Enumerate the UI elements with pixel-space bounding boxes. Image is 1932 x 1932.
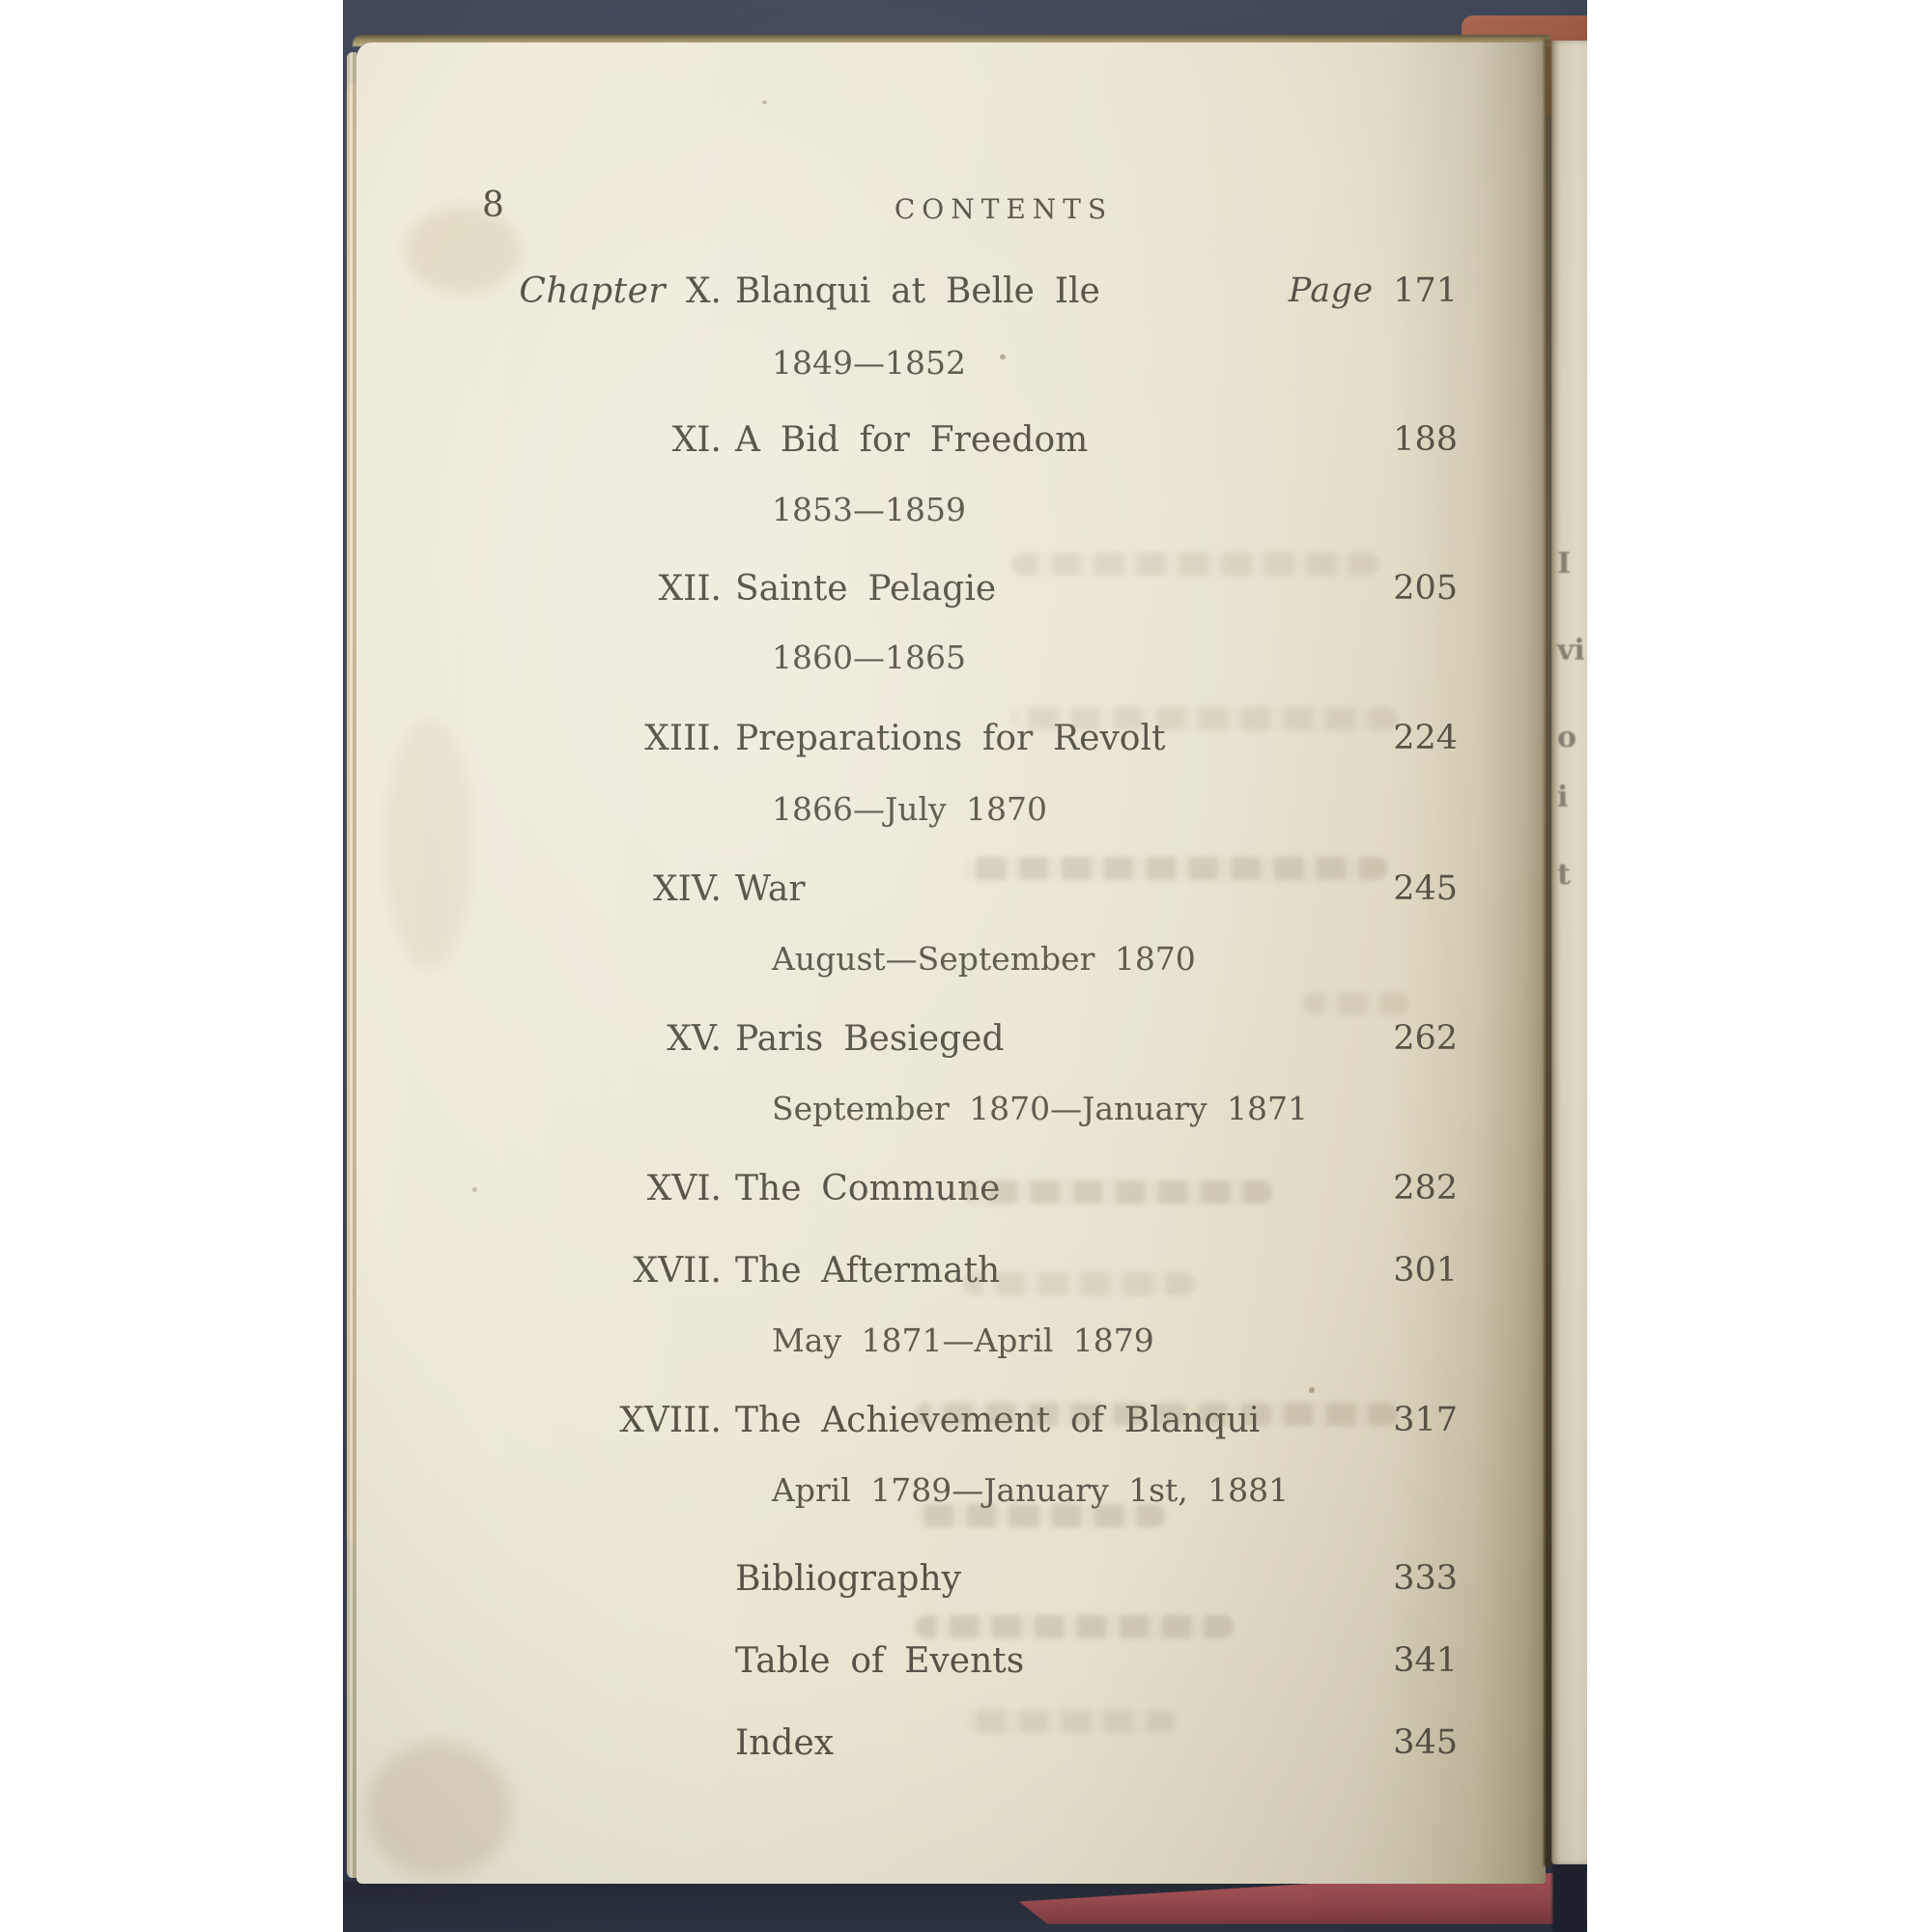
toc-row: XI. A Bid for Freedom 188 xyxy=(356,421,1546,464)
page-number-text: 171 xyxy=(1393,271,1458,310)
backmatter-title: Table of Events xyxy=(735,1642,1024,1681)
chapter-numeral: XVIII. xyxy=(356,1402,722,1440)
chapter-numeral: XV. xyxy=(356,1020,722,1059)
chapter-dates: May 1871—April 1879 xyxy=(772,1321,1154,1359)
showthrough-smudge xyxy=(1011,553,1378,576)
chapter-page-number: 282 xyxy=(1284,1170,1458,1207)
showthrough-smudge xyxy=(915,1403,1398,1426)
showthrough-smudge xyxy=(963,857,1388,880)
page-stain xyxy=(366,1743,511,1878)
chapter-title: Blanqui at Belle Ile xyxy=(735,272,1100,311)
chapter-numeral: XVI. xyxy=(356,1170,722,1208)
facing-page-text-fragment: vi xyxy=(1557,634,1585,668)
shadow-bottom-right xyxy=(1552,1857,1587,1932)
toc-row: XV. Paris Besieged 262 xyxy=(356,1020,1546,1063)
facing-page-text-fragment: o xyxy=(1557,721,1577,754)
toc-row: XII. Sainte Pelagie 205 xyxy=(356,570,1546,612)
backmatter-title: Bibliography xyxy=(735,1560,961,1599)
showthrough-smudge xyxy=(1303,992,1409,1015)
backmatter-row: Bibliography 333 xyxy=(356,1560,1546,1603)
chapter-numeral: Chapter X. xyxy=(356,272,722,311)
foxing-spot xyxy=(1309,1387,1315,1393)
facing-page-text-fragment: i xyxy=(1557,781,1568,814)
showthrough-smudge xyxy=(963,1710,1176,1733)
foxing-spot xyxy=(762,100,767,104)
backmatter-page-number: 333 xyxy=(1284,1560,1458,1598)
chapter-dates: 1866—July 1870 xyxy=(772,790,1047,828)
gutter-shadow xyxy=(1544,39,1551,1866)
chapter-dates: August—September 1870 xyxy=(772,940,1196,978)
toc-row: XVI. The Commune 282 xyxy=(356,1170,1546,1212)
screenshot-root: { "header": { "folio": "8", "title": "CO… xyxy=(0,0,1932,1932)
backmatter-title: Index xyxy=(735,1724,834,1763)
facing-page-text-fragment: I xyxy=(1557,547,1571,581)
facing-page-edge: I vi o i t xyxy=(1551,41,1587,1864)
facing-page-text-fragment: t xyxy=(1557,858,1571,892)
chapter-page-number: 262 xyxy=(1284,1020,1458,1058)
showthrough-smudge xyxy=(963,1272,1195,1295)
chapter-page-number: 188 xyxy=(1284,421,1458,459)
foxing-spot xyxy=(472,1187,477,1192)
showthrough-smudge xyxy=(915,1504,1166,1527)
showthrough-smudge xyxy=(963,1180,1272,1204)
chapter-page-number: 301 xyxy=(1284,1252,1458,1290)
foxing-spot xyxy=(1000,355,1006,359)
chapter-numeral: XI. xyxy=(356,421,722,460)
page-stain xyxy=(385,719,472,970)
backmatter-page-number: 345 xyxy=(1284,1724,1458,1762)
book-photograph: I vi o i t 8 CONTENTS Chapter X. Blanqui… xyxy=(343,0,1587,1932)
backmatter-row: Table of Events 341 xyxy=(356,1642,1546,1685)
showthrough-smudge xyxy=(915,1615,1234,1638)
backmatter-row: Index 345 xyxy=(356,1724,1546,1767)
chapter-dates: September 1870—January 1871 xyxy=(772,1090,1308,1127)
toc-row: Chapter X. Blanqui at Belle Ile Page 171 xyxy=(356,272,1546,315)
toc-row: XVII. The Aftermath 301 xyxy=(356,1252,1546,1294)
contents-page: 8 CONTENTS Chapter X. Blanqui at Belle I… xyxy=(356,43,1546,1884)
chapter-title: Paris Besieged xyxy=(735,1020,1005,1059)
chapter-dates: 1860—1865 xyxy=(772,639,966,676)
chapter-dates: 1853—1859 xyxy=(772,491,966,528)
page-title: CONTENTS xyxy=(762,193,1245,225)
chapter-label: Chapter xyxy=(519,271,666,311)
chapter-page-number: Page 171 xyxy=(1284,272,1458,310)
backmatter-page-number: 341 xyxy=(1284,1642,1458,1680)
page-stain xyxy=(405,207,521,294)
numeral-text: X. xyxy=(686,271,722,311)
chapter-numeral: XII. xyxy=(356,570,722,609)
chapter-dates: 1849—1852 xyxy=(772,344,966,382)
chapter-title: The Commune xyxy=(735,1170,1000,1208)
page-label: Page xyxy=(1289,271,1374,310)
chapter-title: The Aftermath xyxy=(735,1252,1000,1291)
chapter-title: A Bid for Freedom xyxy=(735,421,1088,460)
showthrough-smudge xyxy=(1011,707,1398,730)
chapter-title: Sainte Pelagie xyxy=(735,570,996,609)
chapter-title: War xyxy=(735,870,806,909)
chapter-numeral: XVII. xyxy=(356,1252,722,1291)
